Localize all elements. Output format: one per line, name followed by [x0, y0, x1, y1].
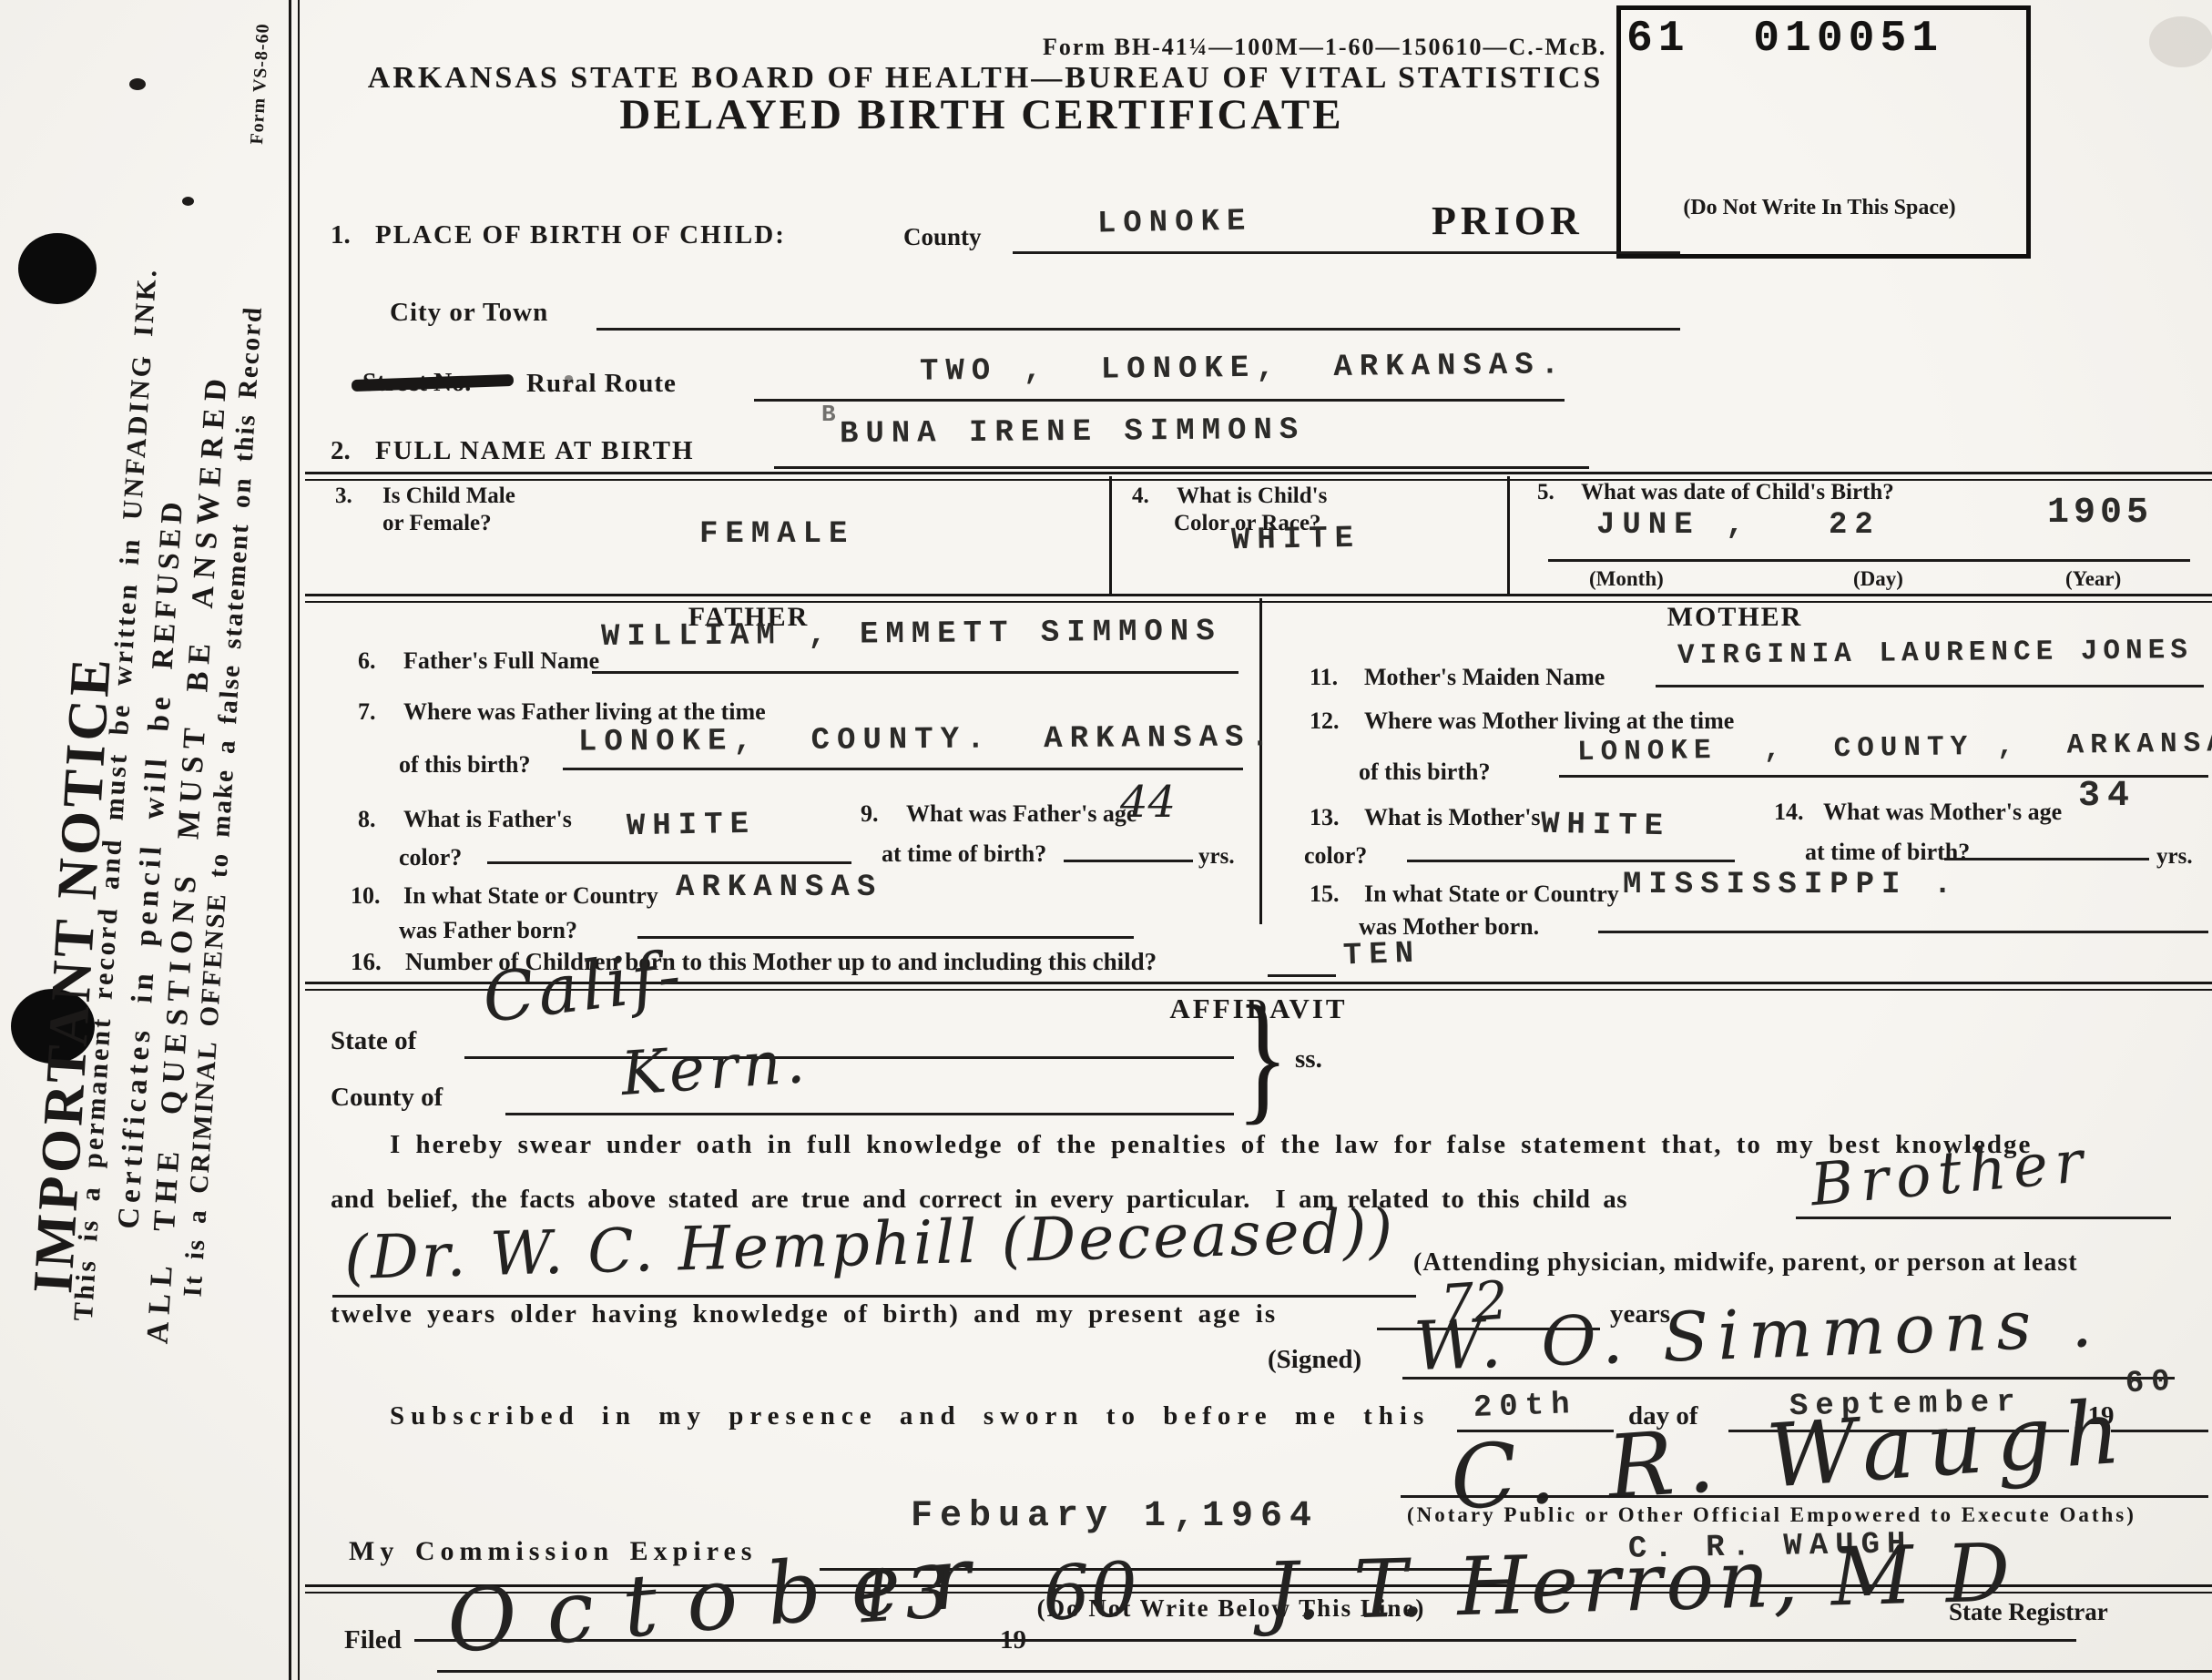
mother-residence-value: LONOKE , COUNTY , ARKANSAS: [1577, 729, 2212, 769]
scan-smudge: [2149, 16, 2212, 67]
city-label: City or Town: [390, 299, 548, 326]
form-left-border-outer: [289, 0, 291, 1680]
ink-speck: [182, 197, 194, 206]
bottom-edge-line: [437, 1670, 2212, 1673]
mother-section-header: MOTHER: [1667, 603, 1803, 632]
month-caption: (Month): [1589, 568, 1664, 590]
rural-route-line: [754, 399, 1565, 402]
page-title: DELAYED BIRTH CERTIFICATE: [619, 93, 1343, 137]
race-value: WHITE: [1231, 524, 1361, 558]
father-residence-line: [563, 768, 1243, 770]
q8-label-line2: color?: [399, 845, 462, 870]
q4-label-line1: What is Child's: [1177, 484, 1327, 508]
father-age-value: 44: [1120, 779, 1176, 825]
q5-label: What was date of Child's Birth?: [1581, 481, 1894, 504]
children-count-value: TEN: [1342, 939, 1421, 974]
q2-label: FULL NAME AT BIRTH: [375, 437, 695, 464]
mother-yrs-label: yrs.: [2156, 845, 2193, 869]
mother-birthplace-value: MISSISSIPPI .: [1623, 870, 1959, 902]
father-name-value: WILLIAM , EMMETT SIMMONS: [601, 616, 1222, 655]
notary-caption: (Notary Public or Other Official Empower…: [1407, 1504, 2136, 1526]
q14-number: 14.: [1774, 799, 1804, 824]
form-number-line: Form BH-41¼—100M—1-60—150610—C.-McB.: [1043, 35, 1606, 59]
prior-stamp: PRIOR: [1432, 200, 1584, 242]
q10-label-line1: In what State or Country: [403, 883, 658, 908]
q4-number: 4.: [1132, 484, 1149, 508]
q3-label-line2: or Female?: [382, 512, 492, 535]
q3-number: 3.: [335, 484, 352, 508]
birth-date-line: [1548, 559, 2190, 562]
q5-number: 5.: [1537, 481, 1555, 504]
state-of-line: [464, 1056, 1234, 1059]
form-left-border-inner: [298, 0, 300, 1680]
mother-name-line: [1656, 685, 2204, 687]
father-name-line: [592, 671, 1239, 674]
rule-under-child-row: [305, 594, 2212, 603]
father-birthplace-line: [637, 936, 1134, 939]
father-yrs-label: yrs.: [1198, 845, 1235, 869]
q10-label-line2: was Father born?: [399, 918, 577, 942]
county-of-label: County of: [331, 1084, 443, 1111]
q6-number: 6.: [358, 648, 376, 673]
q12-label-line1: Where was Mother living at the time: [1364, 708, 1734, 733]
filed-year-prefix: 19: [1000, 1626, 1026, 1654]
filed-label: Filed: [344, 1626, 402, 1654]
board-title: ARKANSAS STATE BOARD OF HEALTH—BUREAU OF…: [368, 62, 1604, 95]
filed-day-value: 13: [851, 1555, 958, 1636]
birth-day-value: 22: [1829, 510, 1881, 543]
q16-number: 16.: [351, 949, 382, 974]
full-name-value: BUNA IRENE SIMMONS: [840, 415, 1306, 452]
q15-label-line2: was Mother born.: [1359, 914, 1539, 939]
father-color-line: [487, 861, 851, 864]
hole-punch-top: [18, 233, 97, 304]
sworn-year-value: 60: [2125, 1367, 2178, 1402]
father-age-line: [1064, 860, 1193, 862]
mother-color-value: WHITE: [1541, 809, 1671, 844]
filed-year-value: 60: [1041, 1551, 1140, 1634]
attending-line1: (Attending physician, midwife, parent, o…: [1413, 1249, 2078, 1276]
registrar-label: State Registrar: [1949, 1599, 2108, 1624]
ink-speck: [129, 78, 146, 90]
father-color-value: WHITE: [627, 809, 757, 844]
q9-number: 9.: [861, 801, 879, 826]
notary-line: [1401, 1495, 2208, 1498]
full-name-line: [774, 466, 1589, 469]
relation-line: [1796, 1217, 2171, 1219]
year-caption: (Year): [2065, 568, 2121, 590]
q1-number: 1.: [331, 221, 351, 249]
q3-label-line1: Is Child Male: [382, 484, 515, 508]
mother-color-line: [1407, 860, 1735, 862]
sex-value: FEMALE: [699, 519, 854, 552]
physician-line: [332, 1295, 1416, 1298]
father-residence-value: LONOKE, COUNTY. ARKANSAS.: [578, 722, 1277, 759]
q7-label-line1: Where was Father living at the time: [403, 699, 766, 724]
q1-label: PLACE OF BIRTH OF CHILD:: [375, 221, 786, 249]
ss-brace: }: [1237, 983, 1289, 1129]
rule-under-name: [305, 472, 2212, 481]
mother-birthplace-line: [1598, 931, 2208, 933]
father-birthplace-value: ARKANSAS: [676, 872, 882, 905]
county-of-line: [505, 1113, 1234, 1115]
rural-route-value: TWO , LONOKE, ARKANSAS.: [920, 350, 1566, 389]
attending-line2: twelve years older having knowledge of b…: [331, 1300, 1277, 1328]
margin-form-code: Form VS-8-60: [248, 23, 273, 145]
rural-route-label: Rural Route: [526, 370, 677, 397]
q8-label-line1: What is Father's: [403, 807, 572, 831]
certificate-stamp-number: 61 010051: [1626, 16, 1943, 62]
q11-label: Mother's Maiden Name: [1364, 665, 1605, 689]
q15-label-line1: In what State or Country: [1364, 881, 1619, 906]
ss-label: ss.: [1295, 1045, 1322, 1073]
subscribed-text: Subscribed in my presence and sworn to b…: [390, 1402, 1430, 1430]
divider-q4-q5: [1507, 476, 1510, 596]
county-line: [1013, 251, 1680, 254]
q8-number: 8.: [358, 807, 376, 831]
q11-number: 11.: [1310, 665, 1338, 689]
mother-age-line: [1944, 858, 2149, 860]
q13-number: 13.: [1310, 805, 1340, 830]
county-label: County: [903, 224, 982, 249]
registrar-signature: J. T. Herron, M D: [1265, 1531, 2014, 1634]
q2-number: 2.: [331, 437, 351, 464]
county-of-value: Kern.: [619, 1030, 811, 1106]
divider-q3-q4: [1109, 476, 1112, 596]
q14-label-line2: at time of birth?: [1805, 840, 1970, 864]
county-value: LONOKE: [1097, 207, 1253, 242]
day-caption: (Day): [1853, 568, 1903, 590]
q6-label: Father's Full Name: [403, 648, 599, 673]
affiant-signature: W. O. Simmons .: [1412, 1288, 2103, 1383]
mother-age-value: 34: [2078, 778, 2136, 816]
q12-label-line2: of this birth?: [1359, 759, 1490, 784]
birth-month-value: JUNE ,: [1596, 510, 1751, 543]
state-of-label: State of: [331, 1027, 416, 1054]
signed-label: (Signed): [1268, 1346, 1361, 1373]
q10-number: 10.: [351, 883, 381, 908]
q7-number: 7.: [358, 699, 376, 724]
city-line: [596, 328, 1680, 331]
oath-line1: I hereby swear under oath in full knowle…: [390, 1131, 2032, 1158]
do-not-write-caption: (Do Not Write In This Space): [1683, 197, 1955, 219]
q14-label-line1: What was Mother's age: [1823, 799, 2062, 824]
q15-number: 15.: [1310, 881, 1340, 906]
q9-label-line2: at time of birth?: [882, 841, 1046, 866]
q13-label-line2: color?: [1304, 843, 1367, 868]
mother-name-value: VIRGINIA LAURENCE JONES: [1677, 636, 2193, 671]
q12-number: 12.: [1310, 708, 1340, 733]
divider-father-mother: [1259, 598, 1262, 924]
delayed-birth-certificate-scan: IMPORTANT NOTICE This is a permanent rec…: [0, 0, 2212, 1680]
q7-label-line2: of this birth?: [399, 752, 530, 777]
q13-label-line1: What is Mother's: [1364, 805, 1541, 830]
birth-year-value: 1905: [2047, 494, 2153, 533]
q9-label-line1: What was Father's age: [906, 801, 1137, 826]
